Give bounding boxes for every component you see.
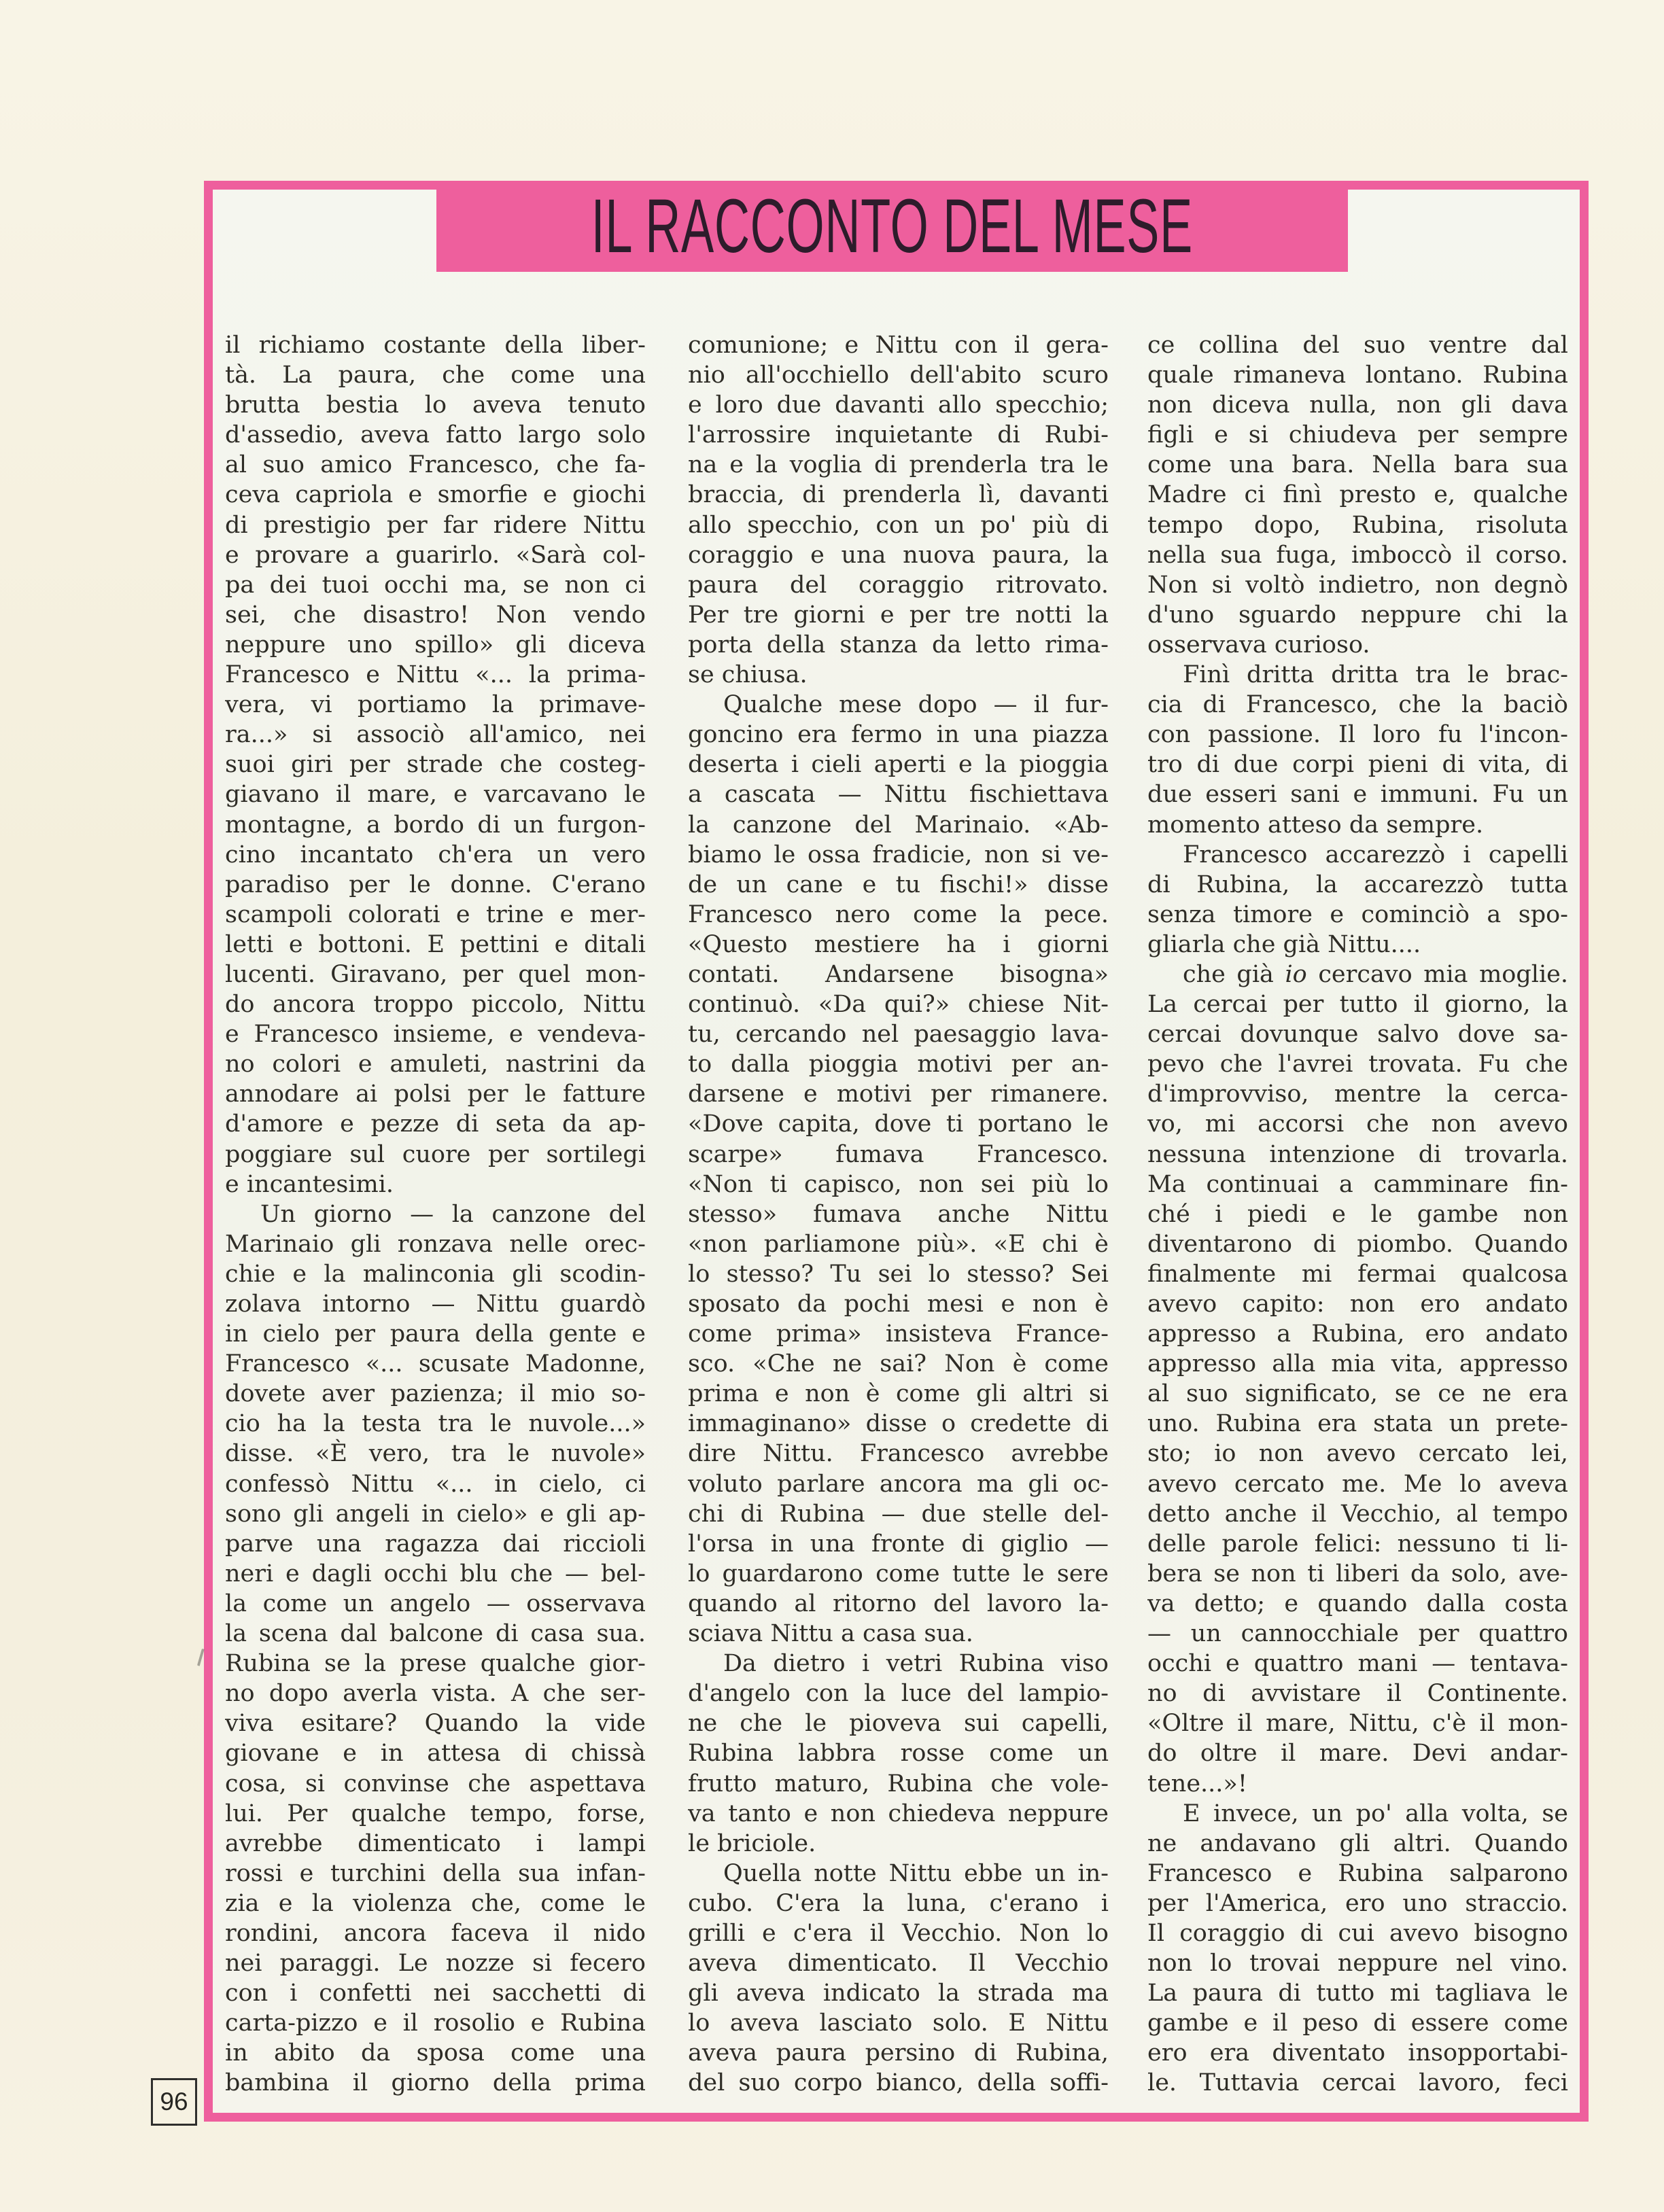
text-line: do ancora troppo piccolo, Nittu	[225, 989, 646, 1019]
text-line: Marinaio gli ronzava nelle orec-	[225, 1229, 646, 1259]
text-line: Rubina se la prese qualche gior-	[225, 1649, 646, 1679]
text-line: do oltre il mare. Devi andar-	[1147, 1738, 1568, 1768]
text-line: d'uno sguardo neppure chi la	[1147, 600, 1568, 630]
text-line: non lo trovai neppure nel vino.	[1147, 1948, 1568, 1978]
text-line: neri e dagli occhi blu che — bel-	[225, 1559, 646, 1589]
text-line: pevo che l'avrei trovata. Fu che	[1147, 1049, 1568, 1079]
text-line: tro di due corpi pieni di vita, di	[1147, 750, 1568, 779]
text-line: voluto parlare ancora ma gli oc-	[688, 1469, 1109, 1499]
text-line: ceva capriola e smorfie e giochi	[225, 480, 646, 510]
text-line: cercai dovunque salvo dove sa-	[1147, 1019, 1568, 1049]
text-line: cio ha la testa tra le nuvole...»	[225, 1409, 646, 1439]
text-line: brutta bestia lo aveva tenuto	[225, 390, 646, 420]
text-line: delle parole felici: nessuno ti li-	[1147, 1529, 1568, 1559]
text-line: grilli e c'era il Vecchio. Non lo	[688, 1918, 1109, 1948]
text-line: chie e la malinconia gli scodin-	[225, 1259, 646, 1289]
text-line: ché i piedi e le gambe non	[1147, 1199, 1568, 1229]
text-line: de un cane e tu fischi!» disse	[688, 870, 1109, 900]
text-line: va tanto e non chiedeva neppure	[688, 1799, 1109, 1829]
text-line: «non parliamone più». «E chi è	[688, 1229, 1109, 1259]
text-line: disse. «È vero, tra le nuvole»	[225, 1439, 646, 1469]
text-line: aveva dimenticato. Il Vecchio	[688, 1948, 1109, 1978]
text-line: gli aveva indicato la strada ma	[688, 1978, 1109, 2008]
text-line: a cascata — Nittu fischiettava	[688, 779, 1109, 809]
text-line: occhi e quattro mani — tentava-	[1147, 1649, 1568, 1679]
text-line: Francesco «... scusate Madonne,	[225, 1349, 646, 1379]
text-line: senza timore e cominciò a spo-	[1147, 900, 1568, 930]
text-line: zia e la violenza che, come le	[225, 1889, 646, 1918]
text-line: gliarla che già Nittu....	[1147, 930, 1568, 960]
text-line: d'assedio, aveva fatto largo solo	[225, 420, 646, 450]
text-line: lui. Per qualche tempo, forse,	[225, 1799, 646, 1829]
text-line: avrebbe dimenticato i lampi	[225, 1829, 646, 1859]
text-line: tempo dopo, Rubina, risoluta	[1147, 510, 1568, 540]
section-title: IL RACCONTO DEL MESE	[591, 188, 1193, 264]
text-line: tu, cercando nel paesaggio lava-	[688, 1019, 1109, 1049]
text-line: al suo amico Francesco, che fa-	[225, 450, 646, 480]
text-line: neppure uno spillo» gli diceva	[225, 630, 646, 660]
text-line: vera, vi portiamo la primave-	[225, 690, 646, 720]
text-line: appresso alla mia vita, appresso	[1147, 1349, 1568, 1379]
text-line: figli e si chiudeva per sempre	[1147, 420, 1568, 450]
text-line: letti e bottoni. E pettini e ditali	[225, 930, 646, 960]
text-line: «Questo mestiere ha i giorni	[688, 930, 1109, 960]
page-number-box: 96	[151, 2078, 197, 2126]
text-line: nessuna intenzione di trovarla.	[1147, 1140, 1568, 1170]
text-line: suoi giri per strade che costeg-	[225, 750, 646, 779]
text-line: tà. La paura, che come una	[225, 360, 646, 390]
text-line: paradiso per le donne. C'erano	[225, 870, 646, 900]
text-line: La paura di tutto mi tagliava le	[1147, 1978, 1568, 2008]
text-line: paura del coraggio ritrovato.	[688, 570, 1109, 600]
text-line: la come un angelo — osservava	[225, 1589, 646, 1619]
text-line: lucenti. Giravano, per quel mon-	[225, 960, 646, 989]
text-line: come una bara. Nella bara sua	[1147, 450, 1568, 480]
text-line: dovete aver pazienza; il mio so-	[225, 1379, 646, 1409]
text-line: prima e non è come gli altri si	[688, 1379, 1109, 1409]
text-line: zolava intorno — Nittu guardò	[225, 1289, 646, 1319]
text-line: osservava curioso.	[1147, 630, 1568, 660]
text-line: scarpe» fumava Francesco.	[688, 1140, 1109, 1170]
magazine-page: IL RACCONTO DEL MESE il richiamo costant…	[0, 0, 1664, 2212]
text-line: di prestigio per far ridere Nittu	[225, 510, 646, 540]
text-line: carta-pizzo e il rosolio e Rubina	[225, 2008, 646, 2038]
text-line: le briciole.	[688, 1829, 1109, 1859]
text-line: Madre ci finì presto e, qualche	[1147, 480, 1568, 510]
text-line: in abito da sposa come una	[225, 2038, 646, 2068]
text-line: non diceva nulla, non gli dava	[1147, 390, 1568, 420]
text-line: avevo cercato me. Me lo aveva	[1147, 1469, 1568, 1499]
text-line: Qualche mese dopo — il fur-	[688, 690, 1109, 720]
text-line: goncino era fermo in una piazza	[688, 720, 1109, 750]
text-line: ne andavano gli altri. Quando	[1147, 1829, 1568, 1859]
page-number: 96	[160, 2088, 188, 2116]
text-line: Ma continuai a camminare fin-	[1147, 1170, 1568, 1199]
text-line: che già io cercavo mia moglie.	[1147, 960, 1568, 989]
text-line: avevo capito: non ero andato	[1147, 1289, 1568, 1319]
text-line: giovane e in attesa di chissà	[225, 1738, 646, 1768]
text-line: d'improvviso, mentre la cerca-	[1147, 1079, 1568, 1109]
text-line: contati. Andarsene bisogna»	[688, 960, 1109, 989]
text-line: l'orsa in una fronte di giglio —	[688, 1529, 1109, 1559]
text-line: l'arrossire inquietante di Rubi-	[688, 420, 1109, 450]
text-line: giavano il mare, e varcavano le	[225, 779, 646, 809]
text-line: con i confetti nei sacchetti di	[225, 1978, 646, 2008]
text-line: e loro due davanti allo specchio;	[688, 390, 1109, 420]
text-line: quale rimaneva lontano. Rubina	[1147, 360, 1568, 390]
text-line: quando al ritorno del lavoro la-	[688, 1589, 1109, 1619]
text-line: con passione. Il loro fu l'incon-	[1147, 720, 1568, 750]
text-line: «Dove capita, dove ti portano le	[688, 1109, 1109, 1139]
text-line: E invece, un po' alla volta, se	[1147, 1799, 1568, 1829]
text-line: «Oltre il mare, Nittu, c'è il mon-	[1147, 1708, 1568, 1738]
text-line: braccia, di prenderla lì, davanti	[688, 480, 1109, 510]
text-line: porta della stanza da letto rima-	[688, 630, 1109, 660]
text-line: aveva paura persino di Rubina,	[688, 2038, 1109, 2068]
text-line: ne che le pioveva sui capelli,	[688, 1708, 1109, 1738]
text-line: Finì dritta dritta tra le brac-	[1147, 660, 1568, 690]
text-line: cubo. C'era la luna, c'erano i	[688, 1889, 1109, 1918]
text-line: chi di Rubina — due stelle del-	[688, 1499, 1109, 1529]
text-line: annodare ai polsi per le fatture	[225, 1079, 646, 1109]
text-line: al suo significato, se ce ne era	[1147, 1379, 1568, 1409]
text-line: Francesco nero come la pece.	[688, 900, 1109, 930]
text-line: continuò. «Da qui?» chiese Nit-	[688, 989, 1109, 1019]
text-line: bambina il giorno della prima	[225, 2068, 646, 2098]
text-line: di Rubina, la accarezzò tutta	[1147, 870, 1568, 900]
text-line: La cercai per tutto il giorno, la	[1147, 989, 1568, 1019]
text-line: no colori e amuleti, nastrini da	[225, 1049, 646, 1079]
text-line: Per tre giorni e per tre notti la	[688, 600, 1109, 630]
text-line: e incantesimi.	[225, 1170, 646, 1199]
text-line: uno. Rubina era stata un prete-	[1147, 1409, 1568, 1439]
text-line: ce collina del suo ventre dal	[1147, 330, 1568, 360]
text-line: va detto; e quando dalla costa	[1147, 1589, 1568, 1619]
text-line: Rubina labbra rosse come un	[688, 1738, 1109, 1768]
text-line: deserta i cieli aperti e la pioggia	[688, 750, 1109, 779]
text-line: scampoli colorati e trine e mer-	[225, 900, 646, 930]
text-line: nio all'occhiello dell'abito scuro	[688, 360, 1109, 390]
text-line: cia di Francesco, che la baciò	[1147, 690, 1568, 720]
text-line: nei paraggi. Le nozze si fecero	[225, 1948, 646, 1978]
text-line: no dopo averla vista. A che ser-	[225, 1679, 646, 1708]
text-line: rossi e turchini della sua infan-	[225, 1859, 646, 1889]
text-line: lo stesso? Tu sei lo stesso? Sei	[688, 1259, 1109, 1289]
text-line: il richiamo costante della liber-	[225, 330, 646, 360]
text-line: confessò Nittu «... in cielo, ci	[225, 1469, 646, 1499]
text-line: montagne, a bordo di un furgon-	[225, 810, 646, 840]
text-line: frutto maturo, Rubina che vole-	[688, 1769, 1109, 1799]
text-line: sto; io non avevo cercato lei,	[1147, 1439, 1568, 1469]
text-line: bera se non ti liberi da solo, ave-	[1147, 1559, 1568, 1589]
section-banner: IL RACCONTO DEL MESE	[436, 181, 1348, 272]
text-line: allo specchio, con un po' più di	[688, 510, 1109, 540]
text-line: dire Nittu. Francesco avrebbe	[688, 1439, 1109, 1469]
text-line: ero era diventato insopportabi-	[1147, 2038, 1568, 2068]
text-line: diventarono di piombo. Quando	[1147, 1229, 1568, 1259]
text-line: sono gli angeli in cielo» e gli ap-	[225, 1499, 646, 1529]
text-line: Francesco accarezzò i capelli	[1147, 840, 1568, 870]
text-line: Francesco e Rubina salparono	[1147, 1859, 1568, 1889]
text-line: come prima» insisteva France-	[688, 1319, 1109, 1349]
text-line: cino incantato ch'era un vero	[225, 840, 646, 870]
text-line: la scena dal balcone di casa sua.	[225, 1619, 646, 1649]
text-line: parve una ragazza dai riccioli	[225, 1529, 646, 1559]
text-line: immaginano» disse o credette di	[688, 1409, 1109, 1439]
text-line: Un giorno — la canzone del	[225, 1199, 646, 1229]
text-line: sciava Nittu a casa sua.	[688, 1619, 1109, 1649]
text-line: sposato da pochi mesi e non è	[688, 1289, 1109, 1319]
text-line: Da dietro i vetri Rubina viso	[688, 1649, 1109, 1679]
text-line: comunione; e Nittu con il gera-	[688, 330, 1109, 360]
text-line: gambe e il peso di essere come	[1147, 2008, 1568, 2038]
text-line: tene...»!	[1147, 1769, 1568, 1799]
text-line: se chiusa.	[688, 660, 1109, 690]
text-line: rondini, ancora faceva il nido	[225, 1918, 646, 1948]
text-line: appresso a Rubina, ero andato	[1147, 1319, 1568, 1349]
text-line: ra...» si associò all'amico, nei	[225, 720, 646, 750]
text-column-1: il richiamo costante della liber-tà. La …	[225, 330, 646, 2099]
text-line: momento atteso da sempre.	[1147, 810, 1568, 840]
text-line: viva esitare? Quando la vide	[225, 1708, 646, 1738]
text-line: lo guardarono come tutte le sere	[688, 1559, 1109, 1589]
text-line: d'amore e pezze di seta da ap-	[225, 1109, 646, 1139]
text-line: le. Tuttavia cercai lavoro, feci	[1147, 2068, 1568, 2098]
text-line: vo, mi accorsi che non avevo	[1147, 1109, 1568, 1139]
text-line: finalmente mi fermai qualcosa	[1147, 1259, 1568, 1289]
text-line: poggiare sul cuore per sortilegi	[225, 1140, 646, 1170]
text-line: in cielo per paura della gente e	[225, 1319, 646, 1349]
text-line: na e la voglia di prenderla tra le	[688, 450, 1109, 480]
text-line: due esseri sani e immuni. Fu un	[1147, 779, 1568, 809]
text-line: to dalla pioggia motivi per an-	[688, 1049, 1109, 1079]
text-line: per l'America, ero uno straccio.	[1147, 1889, 1568, 1918]
text-line: Francesco e Nittu «... la prima-	[225, 660, 646, 690]
text-line: la canzone del Marinaio. «Ab-	[688, 810, 1109, 840]
text-column-3: ce collina del suo ventre dalquale riman…	[1147, 330, 1568, 2099]
text-line: del suo corpo bianco, della soffi-	[688, 2068, 1109, 2098]
text-line: «Non ti capisco, non sei più lo	[688, 1170, 1109, 1199]
text-line: e Francesco insieme, e vendeva-	[225, 1019, 646, 1049]
text-line: sei, che disastro! Non vendo	[225, 600, 646, 630]
text-line: Quella notte Nittu ebbe un in-	[688, 1859, 1109, 1889]
text-line: no di avvistare il Continente.	[1147, 1679, 1568, 1708]
text-line: detto anche il Vecchio, al tempo	[1147, 1499, 1568, 1529]
text-line: nella sua fuga, imboccò il corso.	[1147, 540, 1568, 570]
text-line: sco. «Che ne sai? Non è come	[688, 1349, 1109, 1379]
text-line: coraggio e una nuova paura, la	[688, 540, 1109, 570]
text-line: Il coraggio di cui avevo bisogno	[1147, 1918, 1568, 1948]
text-line: cosa, si convinse che aspettava	[225, 1769, 646, 1799]
text-line: e provare a guarirlo. «Sarà col-	[225, 540, 646, 570]
text-line: pa dei tuoi occhi ma, se non ci	[225, 570, 646, 600]
text-line: lo aveva lasciato solo. E Nittu	[688, 2008, 1109, 2038]
text-line: stesso» fumava anche Nittu	[688, 1199, 1109, 1229]
text-line: Non si voltò indietro, non degnò	[1147, 570, 1568, 600]
text-column-2: comunione; e Nittu con il gera-nio all'o…	[688, 330, 1109, 2099]
text-line: — un cannocchiale per quattro	[1147, 1619, 1568, 1649]
text-line: biamo le ossa fradicie, non si ve-	[688, 840, 1109, 870]
text-line: d'angelo con la luce del lampio-	[688, 1679, 1109, 1708]
text-line: darsene e motivi per rimanere.	[688, 1079, 1109, 1109]
